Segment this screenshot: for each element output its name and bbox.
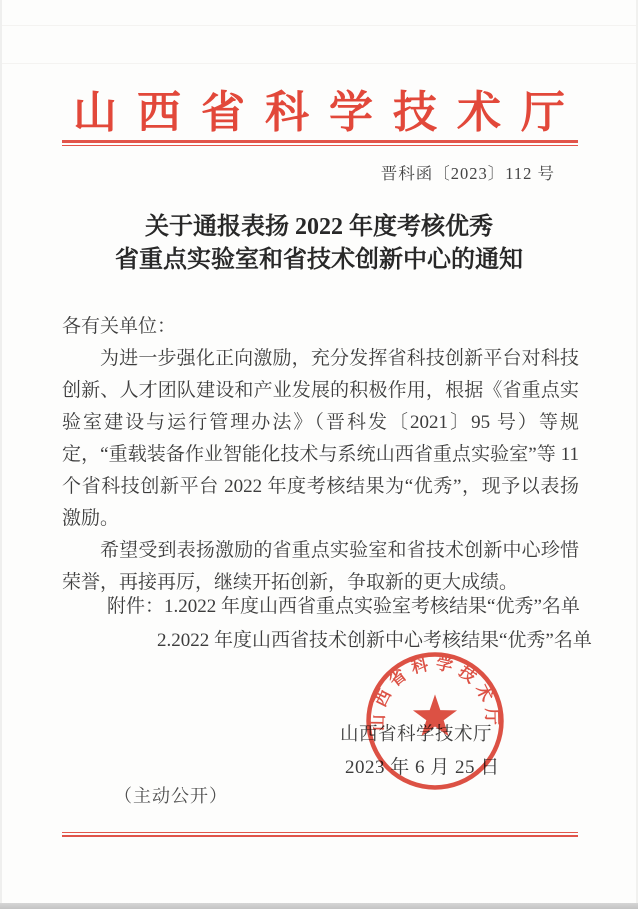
disclosure-note: （主动公开） <box>114 782 228 808</box>
body-paragraph-1: 为进一步强化正向激励，充分发挥省科技创新平台对科技创新、人才团队建设和产业发展的… <box>62 343 579 535</box>
seal-star-icon <box>413 694 457 736</box>
footer-divider <box>62 832 578 837</box>
notice-title-line1: 关于通报表扬 2022 年度考核优秀 <box>0 211 638 244</box>
attachments-block: 附件：1.2022 年度山西省重点实验室考核结果“优秀”名单 2.2022 年度… <box>107 590 567 657</box>
attachment-item-1: 附件：1.2022 年度山西省重点实验室考核结果“优秀”名单 <box>107 590 567 624</box>
document-number: 晋科函〔2023〕112 号 <box>381 160 555 184</box>
attachments-label: 附件： <box>107 596 164 617</box>
notice-title-line2: 省重点实验室和省技术创新中心的通知 <box>0 244 638 277</box>
scan-artifact-line <box>0 25 638 26</box>
official-seal: 山西省科学技术厅 <box>362 648 508 794</box>
letterhead-divider <box>62 140 578 146</box>
attachment-item-1-text: 1.2022 年度山西省重点实验室考核结果“优秀”名单 <box>164 596 580 617</box>
scan-edge-left <box>0 0 2 909</box>
letterhead-agency-name: 山西省科学技术厅 <box>0 76 638 140</box>
salutation: 各有关单位： <box>62 311 579 343</box>
notice-body: 各有关单位： 为进一步强化正向激励，充分发挥省科技创新平台对科技创新、人才团队建… <box>62 311 579 599</box>
document-page: 山西省科学技术厅 晋科函〔2023〕112 号 关于通报表扬 2022 年度考核… <box>0 0 638 909</box>
notice-title: 关于通报表扬 2022 年度考核优秀 省重点实验室和省技术创新中心的通知 <box>0 211 638 277</box>
scan-edge-bottom <box>0 903 638 909</box>
scan-artifact-line <box>0 63 638 64</box>
